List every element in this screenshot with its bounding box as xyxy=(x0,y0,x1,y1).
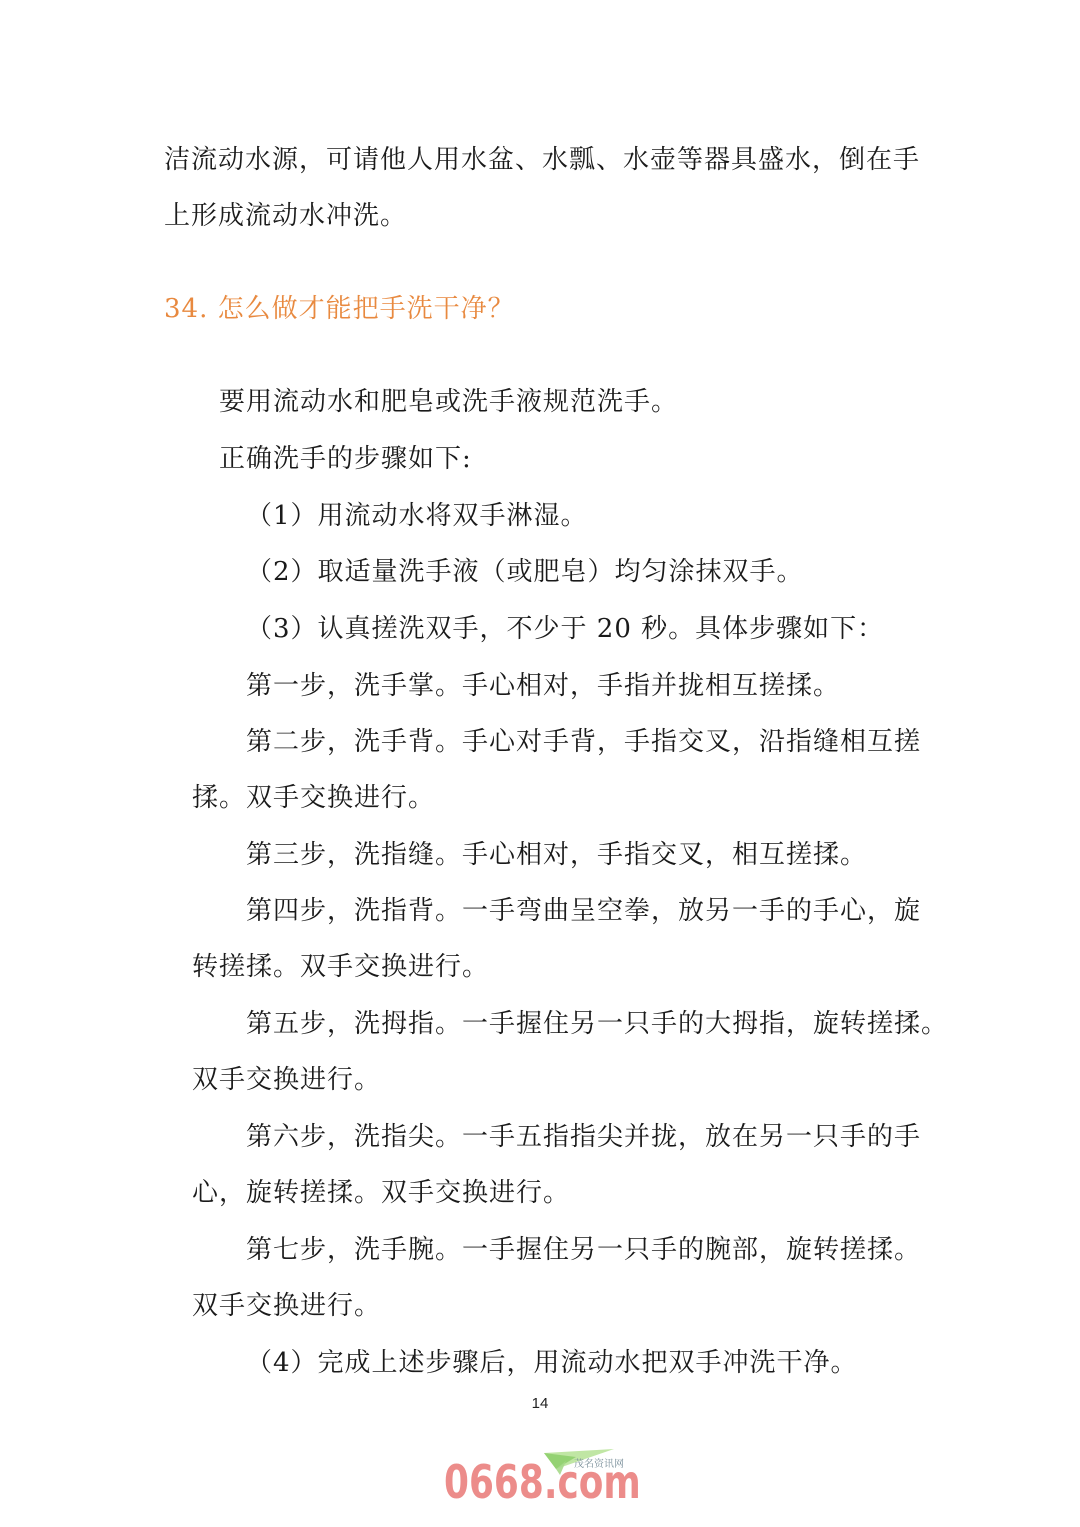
substep-4-line-2: 转搓揉。双手交换进行。 xyxy=(192,951,489,983)
substep-5-line-2: 双手交换进行。 xyxy=(192,1064,381,1096)
step-1: （1）用流动水将双手淋湿。 xyxy=(246,500,588,532)
watermark-subtitle: 茂名资讯网 xyxy=(574,1455,624,1470)
substep-6-line-1: 第六步，洗指尖。一手五指指尖并拢，放在另一只手的手 xyxy=(246,1121,921,1153)
substep-1-line-1: 第一步，洗手掌。手心相对，手指并拢相互搓揉。 xyxy=(246,670,840,702)
substep-2-line-1: 第二步，洗手背。手心对手背，手指交叉，沿指缝相互搓 xyxy=(246,726,921,758)
substep-5-line-1: 第五步，洗拇指。一手握住另一只手的大拇指，旋转搓揉。 xyxy=(246,1008,948,1040)
continuation-line-2: 上形成流动水冲洗。 xyxy=(164,200,407,232)
watermark-logo: 0668.com 茂名资讯网 xyxy=(444,1450,644,1510)
page-number: 14 xyxy=(0,1395,1080,1412)
steps-intro-text: 正确洗手的步骤如下: xyxy=(219,443,472,475)
substep-2-line-2: 揉。双手交换进行。 xyxy=(192,782,435,814)
continuation-line-1: 洁流动水源，可请他人用水盆、水瓢、水壶等器具盛水，倒在手 xyxy=(164,144,920,176)
step-4: （4）完成上述步骤后，用流动水把双手冲洗干净。 xyxy=(246,1347,858,1379)
substep-7-line-1: 第七步，洗手腕。一手握住另一只手的腕部，旋转搓揉。 xyxy=(246,1234,921,1266)
substep-6-line-2: 心，旋转搓揉。双手交换进行。 xyxy=(192,1177,570,1209)
substep-4-line-1: 第四步，洗指背。一手弯曲呈空拳，放另一手的手心，旋 xyxy=(246,895,921,927)
step-3: （3）认真搓洗双手，不少于 20 秒。具体步骤如下： xyxy=(246,613,884,645)
substep-7-line-2: 双手交换进行。 xyxy=(192,1290,381,1322)
step-2: （2）取适量洗手液（或肥皂）均匀涂抹双手。 xyxy=(246,556,804,588)
intro-text: 要用流动水和肥皂或洗手液规范洗手。 xyxy=(219,386,678,418)
substep-3-line-1: 第三步，洗指缝。手心相对，手指交叉，相互搓揉。 xyxy=(246,839,867,871)
document-page: 洁流动水源，可请他人用水盆、水瓢、水壶等器具盛水，倒在手 上形成流动水冲洗。 3… xyxy=(0,0,1080,1527)
section-heading: 34. 怎么做才能把手洗干净？ xyxy=(164,293,515,325)
